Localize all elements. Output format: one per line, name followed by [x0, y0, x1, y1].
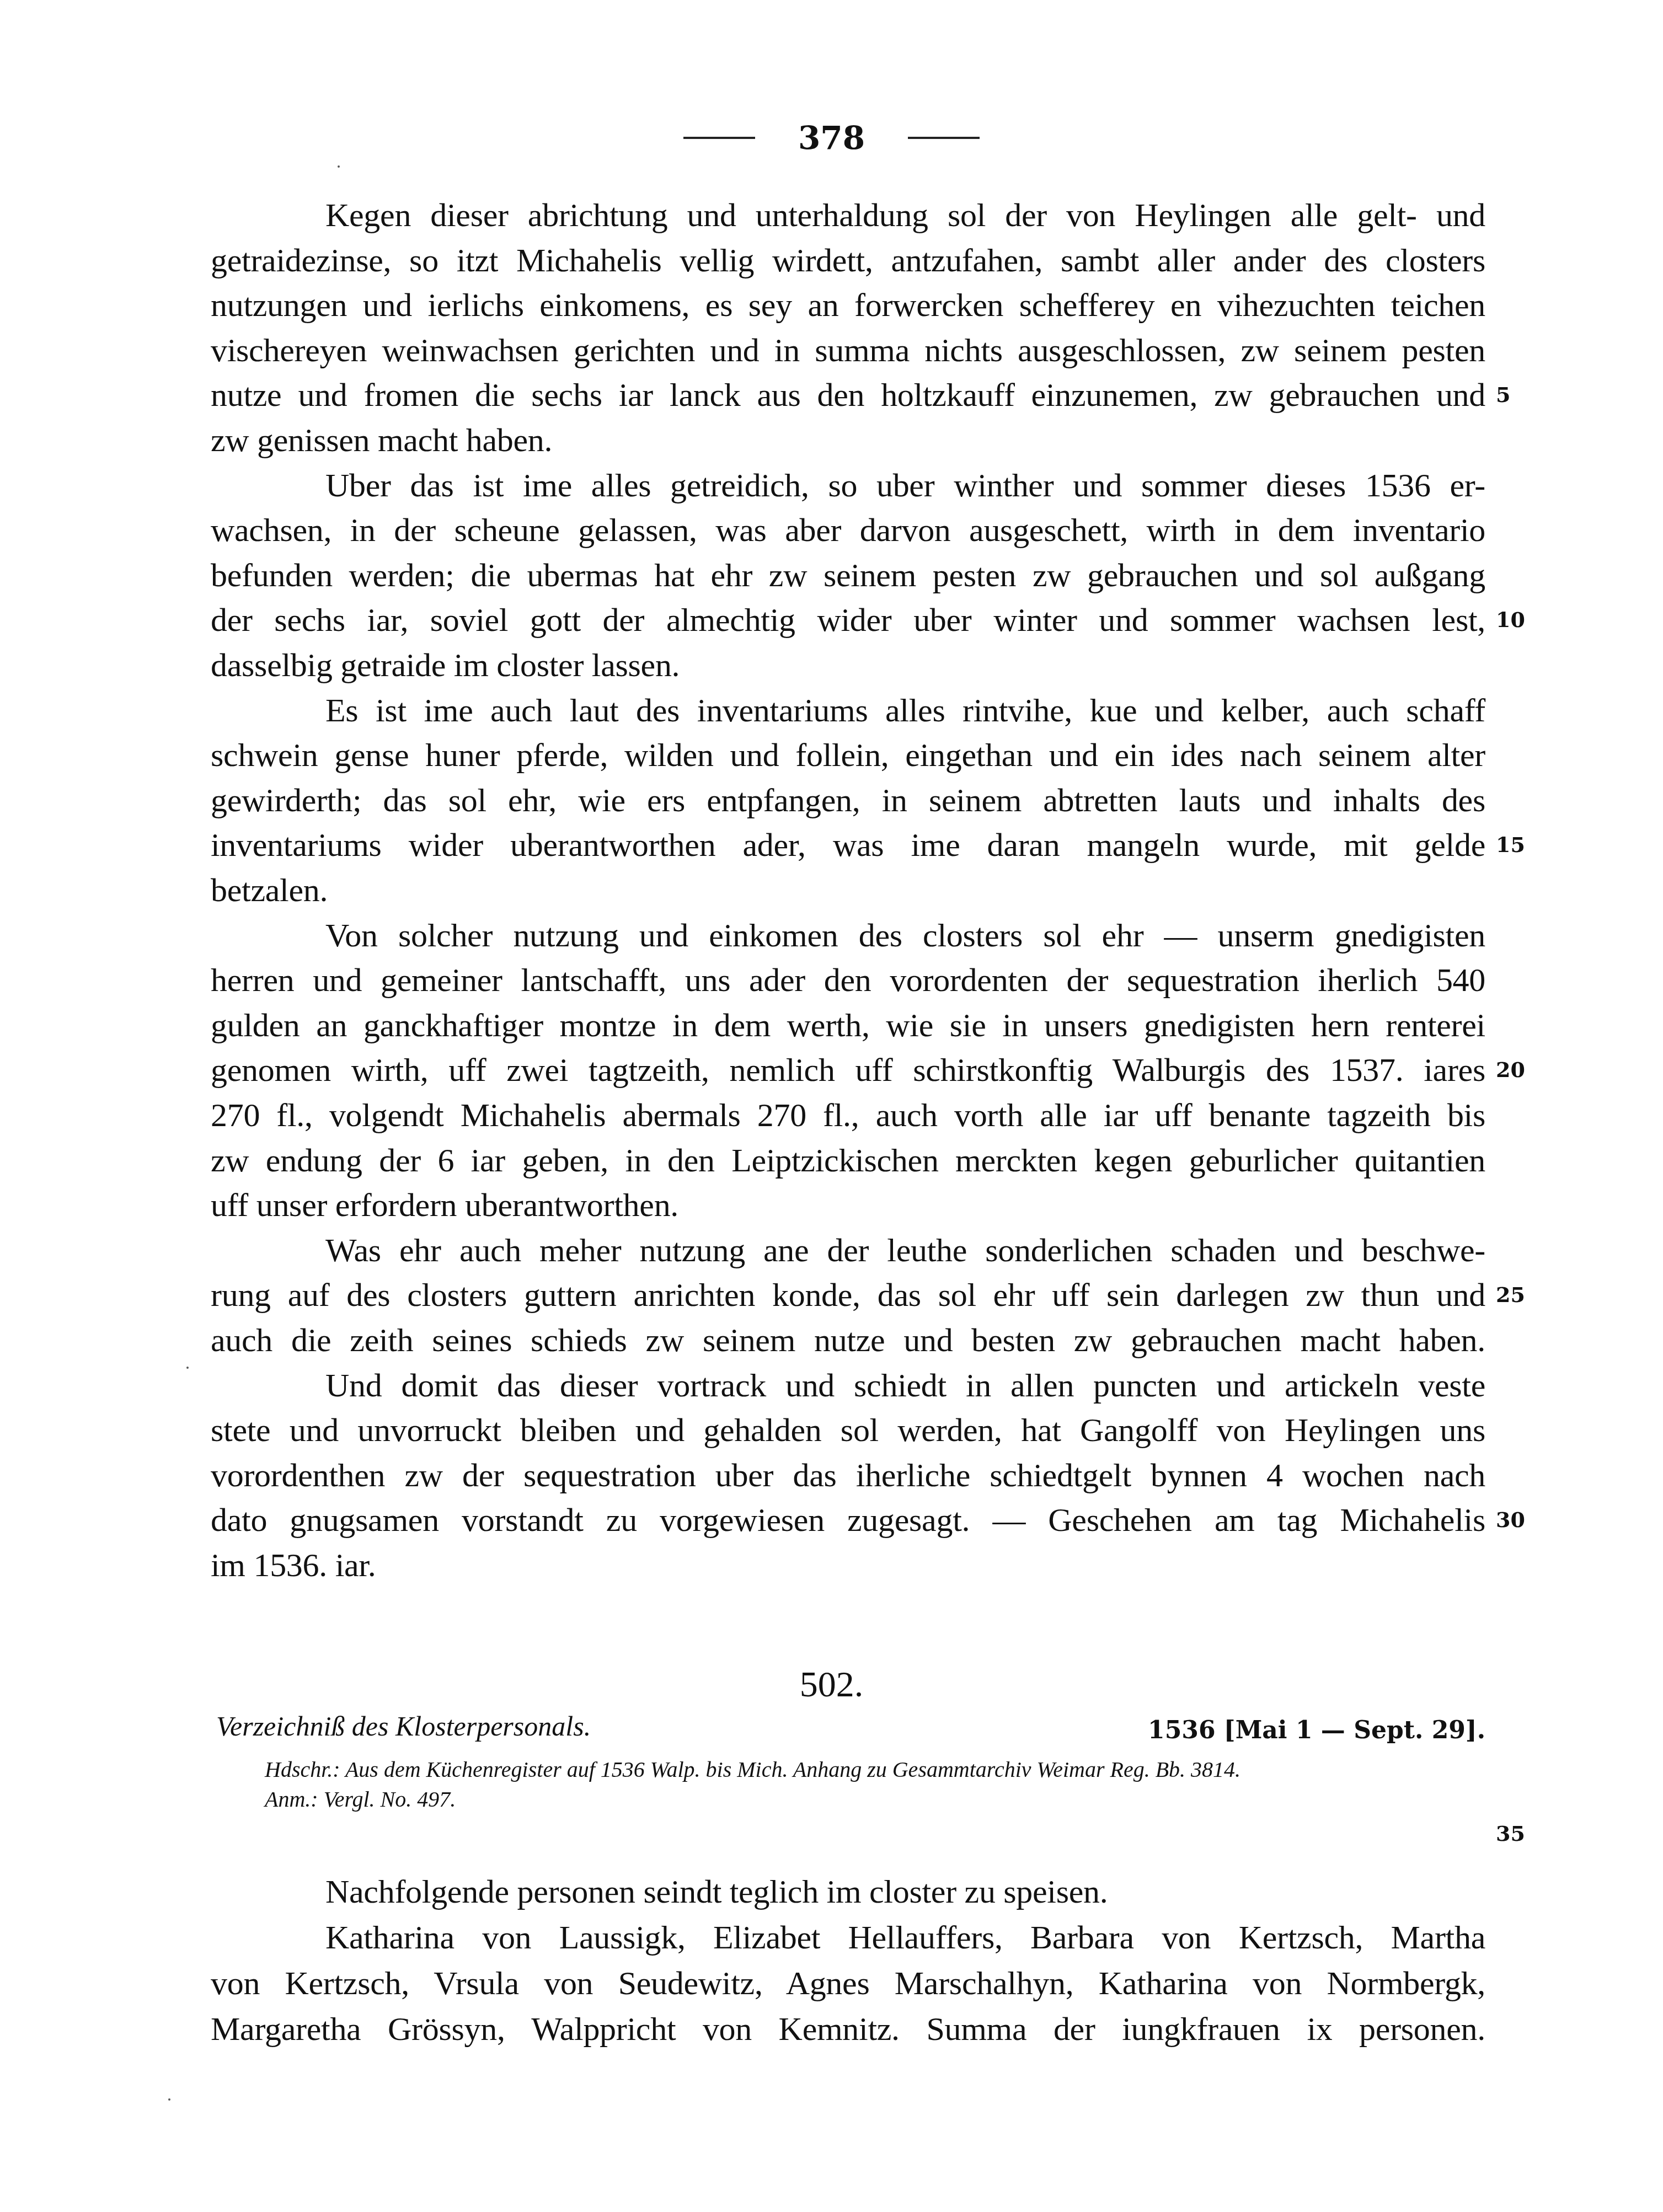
text-line: herren und gemeiner lantschafft, uns ade…	[211, 958, 1485, 1002]
text-line: vorordenthen zw der sequestration uber d…	[211, 1453, 1485, 1497]
source-note: Hdschr.: Aus dem Küchenregister auf 1536…	[265, 1755, 1240, 1785]
scan-speck	[168, 2098, 170, 2101]
text-line: gulden an ganckhaftiger montze in dem we…	[211, 1003, 1485, 1047]
text-line: 270 fl., volgendt Michahelis abermals 27…	[211, 1093, 1485, 1137]
text-line: von Kertzsch, Vrsula von Seudewitz, Agne…	[211, 1961, 1485, 2005]
text-line: Nachfolgende personen seindt teglich im …	[325, 1870, 1485, 1914]
text-line: nutzungen und ierlichs einkomens, es sey…	[211, 283, 1485, 327]
line-number: 20	[1496, 1048, 1525, 1092]
line-number: 10	[1496, 598, 1525, 642]
text-line: im 1536. iar.	[211, 1543, 1485, 1587]
page-number: 378	[798, 116, 865, 160]
text-line: zw endung der 6 iar geben, in den Leiptz…	[211, 1138, 1485, 1182]
line-number: 25	[1496, 1273, 1525, 1317]
page-header: 378	[0, 113, 1663, 160]
text-line: Und domit das dieser vortrack und schied…	[325, 1363, 1485, 1407]
line-number: 15	[1496, 823, 1525, 867]
line-number: 30	[1496, 1498, 1525, 1542]
text-line: schwein gense huner pferde, wilden und f…	[211, 733, 1485, 777]
text-line: Von solcher nutzung und einkomen des clo…	[325, 913, 1485, 957]
header-rule-left	[683, 137, 755, 139]
text-line: dasselbig getraide im closter lassen.	[211, 643, 1485, 687]
text-line: zw genissen macht haben.	[211, 418, 1485, 462]
text-line: Was ehr auch meher nutzung ane der leuth…	[325, 1228, 1485, 1272]
document-number: 502.	[0, 1660, 1663, 1710]
text-line: rung auf des closters guttern anrichten …	[211, 1273, 1485, 1317]
text-line: gewirderth; das sol ehr, wie ers entpfan…	[211, 778, 1485, 822]
text-line: getraidezinse, so itzt Michahelis vellig…	[211, 238, 1485, 282]
text-line: auch die zeith seines schieds zw seinem …	[211, 1318, 1485, 1362]
text-line: nutze und fromen die sechs iar lanck aus…	[211, 373, 1485, 417]
text-line: befunden werden; die ubermas hat ehr zw …	[211, 553, 1485, 597]
text-line: stete und unvorruckt bleiben und gehalde…	[211, 1408, 1485, 1452]
text-line: Margaretha Grössyn, Walppricht von Kemni…	[211, 2007, 1485, 2051]
text-line: Es ist ime auch laut des inventariums al…	[325, 688, 1485, 732]
text-line: Katharina von Laussigk, Elizabet Hellauf…	[325, 1915, 1485, 1959]
document-title: Verzeichniß des Klosterpersonals.	[216, 1707, 591, 1745]
text-line: Uber das ist ime alles getreidich, so ub…	[325, 463, 1485, 507]
text-line: genomen wirth, uff zwei tagtzeith, nemli…	[211, 1048, 1485, 1092]
header-rule-right	[908, 137, 980, 139]
scan-speck	[186, 1367, 189, 1369]
line-number: 35	[1496, 1812, 1525, 1856]
document-date: 1536 [Mai 1 — Sept. 29].	[1148, 1711, 1485, 1750]
text-line: inventariums wider uberantworthen ader, …	[211, 823, 1485, 867]
scan-speck	[338, 165, 340, 168]
text-line: dato gnugsamen vorstandt zu vorgewiesen …	[211, 1498, 1485, 1542]
line-number: 5	[1496, 373, 1510, 417]
text-line: der sechs iar, soviel gott der almechtig…	[211, 598, 1485, 642]
text-line: vischereyen weinwachsen gerichten und in…	[211, 328, 1485, 372]
text-line: betzalen.	[211, 868, 1485, 912]
text-line: wachsen, in der scheune gelassen, was ab…	[211, 508, 1485, 552]
remark-note: Anm.: Vergl. No. 497.	[265, 1785, 456, 1814]
text-line: Kegen dieser abrichtung und unterhaldung…	[325, 193, 1485, 237]
text-line: uff unser erfordern uberantworthen.	[211, 1183, 1485, 1227]
